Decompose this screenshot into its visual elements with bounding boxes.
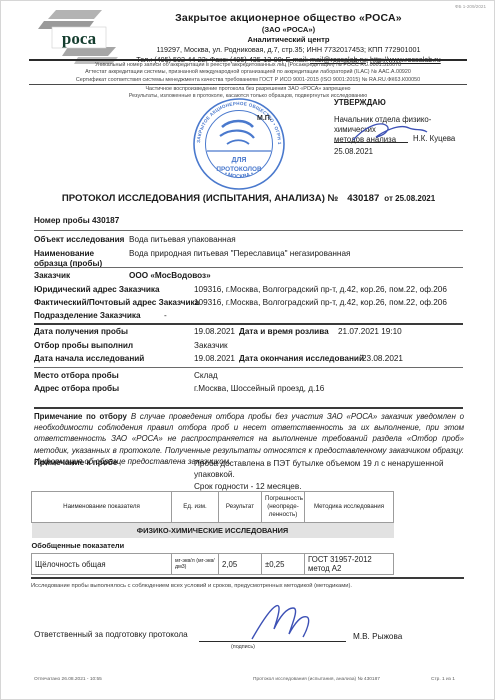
section-row: ФИЗИКО-ХИМИЧЕСКИЕ ИССЛЕДОВАНИЯ (32, 523, 394, 539)
customer-value: ООО «МосВодовоз» (129, 271, 211, 281)
org-abbr: (ЗАО «РОСА») (106, 25, 471, 34)
bottling-label: Дата и время розлива (239, 327, 329, 337)
protocol-number: 430187 (347, 193, 379, 204)
header-unit: Ед. изм. (172, 492, 219, 523)
signature-caption: (подпись) (231, 644, 255, 650)
received-label: Дата получения пробы (34, 327, 128, 337)
sample-name-value: Вода природная питьевая "Переславица" не… (129, 249, 350, 259)
customer-label: Заказчик (34, 271, 70, 281)
round-stamp: ЗАКРЫТОЕ АКЦИОНЕРНОЕ ОБЩЕСТВО • ОГРН 102… (191, 96, 287, 197)
sampling-address-value: г.Москва, Шоссейный проезд, д.16 (194, 384, 324, 394)
customer-division-label: Подразделение Заказчика (34, 311, 141, 321)
divider (34, 407, 463, 409)
results-header-row: Наименование показателя Ед. изм. Результ… (32, 492, 394, 523)
letterhead: Закрытое акционерное общество «РОСА» (ЗА… (106, 12, 471, 64)
accreditation-lines: Уникальный номер записи об аккредитации … (29, 62, 467, 84)
accreditation-divider (29, 84, 467, 85)
stamp-center-line2: ПРОТОКОЛОВ (216, 166, 262, 173)
start-date-value: 19.08.2021 (194, 354, 235, 364)
header-indicator: Наименование показателя (32, 492, 172, 523)
sampled-by-label: Отбор пробы выполнил (34, 341, 133, 351)
compliance-note: Исследование пробы выполнялось с соблюде… (31, 583, 352, 589)
footer-page-number: Стр. 1 из 1 (431, 677, 455, 682)
sampled-by-value: Заказчик (194, 341, 228, 351)
divider (34, 230, 463, 231)
accreditation-line-2: Аттестат аккредитации системы, признанно… (29, 69, 467, 76)
accreditation-line-3: Сертификат соответствия системы менеджме… (29, 77, 467, 84)
disclaimer-line-1: Частичное воспроизведение протокола без … (29, 86, 467, 93)
approval-heading: УТВЕРЖДАЮ (334, 98, 469, 108)
footer-printed: Отпечатано 26.08.2021 - 10:55 (34, 677, 102, 682)
header-method: Методика исследования (305, 492, 394, 523)
group-row: Обобщенные показатели (32, 538, 394, 554)
table-row: Щёлочность общая мг-экв/л (мг-экв/дм3) 2… (32, 554, 394, 575)
divider (31, 577, 464, 579)
end-date-value: 23.08.2021 (362, 354, 403, 364)
title-text: ПРОТОКОЛ ИССЛЕДОВАНИЯ (ИСПЫТАНИЯ, АНАЛИЗ… (62, 193, 338, 204)
sampling-place-value: Склад (194, 371, 218, 381)
divider (34, 367, 463, 368)
org-address: 119297, Москва, ул. Родниковая, д.7, стр… (106, 45, 471, 54)
bottling-value: 21.07.2021 19:10 (338, 327, 402, 337)
stamp-icon: ЗАКРЫТОЕ АКЦИОНЕРНОЕ ОБЩЕСТВО • ОГРН 102… (191, 96, 287, 192)
header-result: Результат (219, 492, 262, 523)
approver-signature-line (334, 142, 408, 143)
divider (34, 267, 463, 268)
org-division: Аналитический центр (106, 35, 471, 44)
org-name: Закрытое акционерное общество «РОСА» (106, 12, 471, 25)
end-date-label: Дата окончания исследований (239, 354, 364, 364)
form-code: ФБ 1-209/2021 (455, 4, 486, 9)
object-label: Объект исследования (34, 235, 124, 245)
indicator-name: Щёлочность общая (32, 554, 172, 575)
divider (34, 323, 463, 325)
indicator-result: 2,05 (219, 554, 262, 575)
object-value: Вода питьевая упакованная (129, 235, 236, 245)
logo-text: роса (62, 29, 97, 48)
mp-mark: М.П. (257, 115, 272, 122)
sample-note-line1: Проба доставлена в ПЭТ бутылке объемом 1… (194, 458, 464, 481)
start-date-label: Дата начала исследований (34, 354, 144, 364)
results-table: Наименование показателя Ед. изм. Результ… (31, 491, 394, 575)
selection-note-label: Примечание по отбору (34, 412, 127, 421)
postal-address-value: 109316, г.Москва, Волгоградский пр-т, д.… (194, 298, 447, 308)
indicator-unit: мг-экв/л (мг-экв/дм3) (172, 554, 219, 575)
signatory-signature-line (199, 641, 346, 642)
protocol-document: ФБ 1-209/2021 роса Закрытое акционерное … (0, 0, 495, 700)
signatory-signature-icon (238, 603, 318, 643)
postal-address-label: Фактический/Почтовый адрес Заказчика (34, 298, 199, 308)
indicator-uncertainty: ±0,25 (262, 554, 305, 575)
sampling-address-label: Адрес отбора пробы (34, 384, 119, 394)
header-divider (29, 59, 467, 61)
sample-note-label: Примечание к пробе (34, 458, 117, 467)
sample-note-text: Проба доставлена в ПЭТ бутылке объемом 1… (194, 458, 464, 492)
sample-number: Номер пробы 430187 (34, 216, 464, 226)
legal-address-label: Юридический адрес Заказчика (34, 285, 160, 295)
approver-name: Н.К. Куцева (413, 134, 455, 143)
approval-date: 25.08.2021 (334, 147, 373, 156)
indicator-method: ГОСТ 31957-2012 метод А2 (305, 554, 394, 575)
protocol-date: от 25.08.2021 (384, 194, 435, 203)
customer-division-value: - (164, 311, 167, 321)
section-title: ФИЗИКО-ХИМИЧЕСКИЕ ИССЛЕДОВАНИЯ (32, 523, 394, 539)
group-title: Обобщенные показатели (32, 538, 394, 554)
stamp-center-line1: ДЛЯ (232, 157, 247, 164)
header-uncertainty: Погрешность (неопреде­ленность) (262, 492, 305, 523)
footer-doc-ref: Протокол исследования (испытания, анализ… (253, 677, 380, 682)
received-value: 19.08.2021 (194, 327, 235, 337)
document-title: ПРОТОКОЛ ИССЛЕДОВАНИЯ (ИСПЫТАНИЯ, АНАЛИЗ… (1, 193, 495, 204)
signatory-label: Ответственный за подготовку протокола (34, 630, 188, 639)
signatory-name: М.В. Рыжова (353, 632, 402, 641)
sampling-place-label: Место отбора пробы (34, 371, 119, 381)
legal-address-value: 109316, г.Москва, Волгоградский пр-т, д.… (194, 285, 447, 295)
